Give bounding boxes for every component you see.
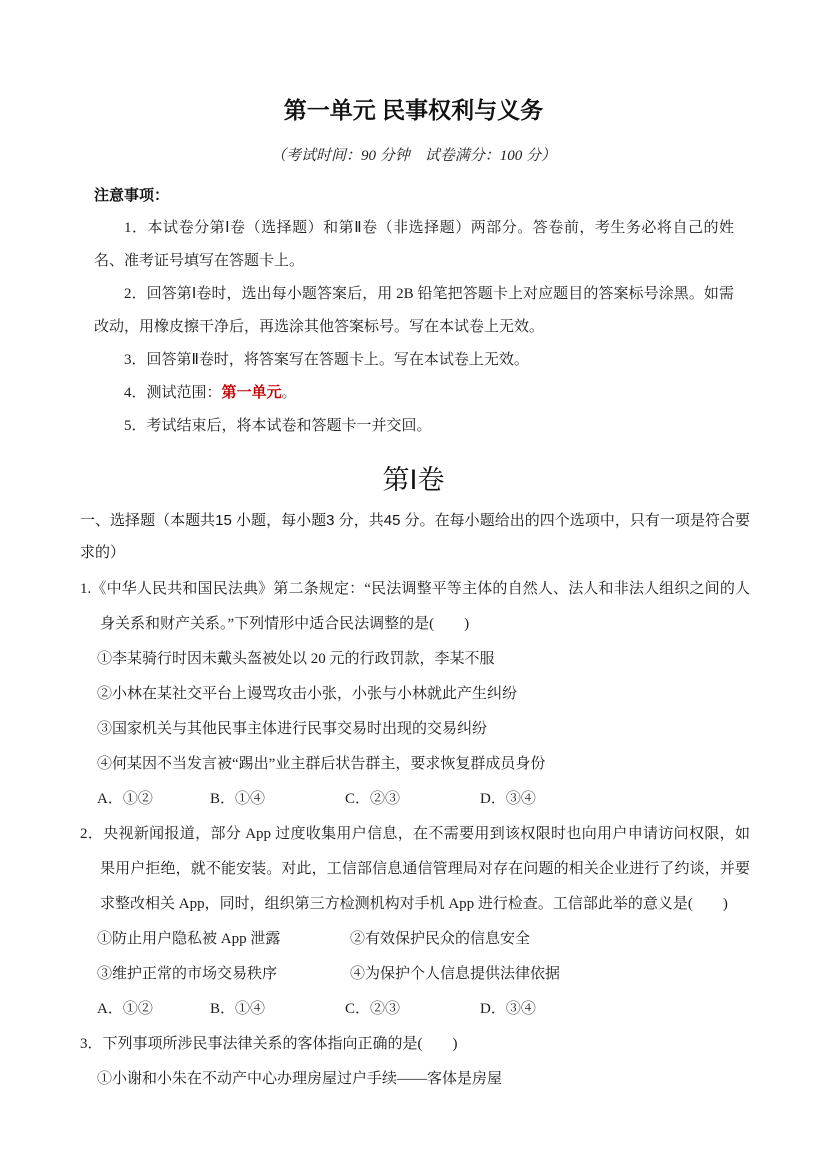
question-2-option-row-2: ③维护正常的市场交易秩序 ④为保护个人信息提供法律依据: [97, 957, 750, 992]
question-1-option-3: ③国家机关与其他民事主体进行民事交易时出现的交易纠纷: [97, 712, 750, 747]
note-item-1: 1．本试卷分第Ⅰ卷（选择题）和第Ⅱ卷（非选择题）两部分。答卷前，考生务必将自己的…: [94, 212, 734, 278]
question-2-option-4: ④为保护个人信息提供法律依据: [350, 957, 750, 992]
note-item-2: 2．回答第Ⅰ卷时，选出每小题答案后，用 2B 铅笔把答题卡上对应题目的答案标号涂…: [94, 278, 734, 344]
question-1-choice-d: D．③④: [480, 782, 750, 817]
exam-meta-line: （考试时间：90 分钟 试卷满分：100 分）: [60, 145, 767, 167]
question-2-option-1: ①防止用户隐私被 App 泄露: [97, 922, 350, 957]
question-1-choice-a: A．①②: [97, 782, 210, 817]
note-4-test-scope-highlight: 第一单元: [222, 385, 282, 401]
note-item-3: 3．回答第Ⅱ卷时，将答案写在答题卡上。写在本试卷上无效。: [94, 344, 734, 377]
question-2-option-3: ③维护正常的市场交易秩序: [97, 957, 350, 992]
question-3: 3．下列事项所涉民事法律关系的客体指向正确的是( ) ①小谢和小朱在不动产中心办…: [80, 1027, 750, 1097]
exam-paper-page: 第一单元 民事权利与义务 （考试时间：90 分钟 试卷满分：100 分） 注意事…: [0, 0, 827, 1169]
notes-header: 注意事项：: [94, 179, 734, 212]
question-2-choice-b: B．①④: [210, 992, 345, 1027]
question-1-choice-c: C．②③: [345, 782, 480, 817]
question-3-stem: 3．下列事项所涉民事法律关系的客体指向正确的是( ): [80, 1027, 750, 1062]
question-2-choice-row: A．①② B．①④ C．②③ D．③④: [97, 992, 750, 1027]
question-2-option-2: ②有效保护民众的信息安全: [350, 922, 750, 957]
section-1-choice-heading: 一、选择题（本题共15 小题，每小题3 分，共45 分。在每小题给出的四个选项中…: [80, 505, 750, 569]
question-1-stem: 1.《中华人民共和国民法典》第二条规定：“民法调整平等主体的自然人、法人和非法人…: [80, 572, 750, 642]
question-2-option-row-1: ①防止用户隐私被 App 泄露 ②有效保护民众的信息安全: [97, 922, 750, 957]
note-4-suffix: 。: [282, 385, 297, 401]
notice-section: 注意事项： 1．本试卷分第Ⅰ卷（选择题）和第Ⅱ卷（非选择题）两部分。答卷前，考生…: [94, 179, 734, 443]
question-2-choice-a: A．①②: [97, 992, 210, 1027]
question-list: 1.《中华人民共和国民法典》第二条规定：“民法调整平等主体的自然人、法人和非法人…: [80, 572, 750, 1097]
question-1-choice-b: B．①④: [210, 782, 345, 817]
page-title: 第一单元 民事权利与义务: [60, 95, 767, 125]
question-1-option-2: ②小林在某社交平台上谩骂攻击小张，小张与小林就此产生纠纷: [97, 677, 750, 712]
question-3-option-1: ①小谢和小朱在不动产中心办理房屋过户手续——客体是房屋: [97, 1062, 750, 1097]
question-1-choice-row: A．①② B．①④ C．②③ D．③④: [97, 782, 750, 817]
note-item-5: 5．考试结束后，将本试卷和答题卡一并交回。: [94, 410, 734, 443]
question-1-option-1: ①李某骑行时因未戴头盔被处以 20 元的行政罚款，李某不服: [97, 642, 750, 677]
note-item-4: 4．测试范围：第一单元。: [94, 377, 734, 410]
question-1: 1.《中华人民共和国民法典》第二条规定：“民法调整平等主体的自然人、法人和非法人…: [80, 572, 750, 817]
question-2-stem: 2．央视新闻报道，部分 App 过度收集用户信息，在不需要用到该权限时也向用户申…: [80, 817, 750, 922]
question-2: 2．央视新闻报道，部分 App 过度收集用户信息，在不需要用到该权限时也向用户申…: [80, 817, 750, 1027]
question-2-choice-d: D．③④: [480, 992, 750, 1027]
part-i-heading: 第Ⅰ卷: [0, 461, 827, 499]
question-1-option-4: ④何某因不当发言被“踢出”业主群后状告群主，要求恢复群成员身份: [97, 747, 750, 782]
note-4-prefix: 4．测试范围：: [124, 385, 222, 401]
question-2-choice-c: C．②③: [345, 992, 480, 1027]
